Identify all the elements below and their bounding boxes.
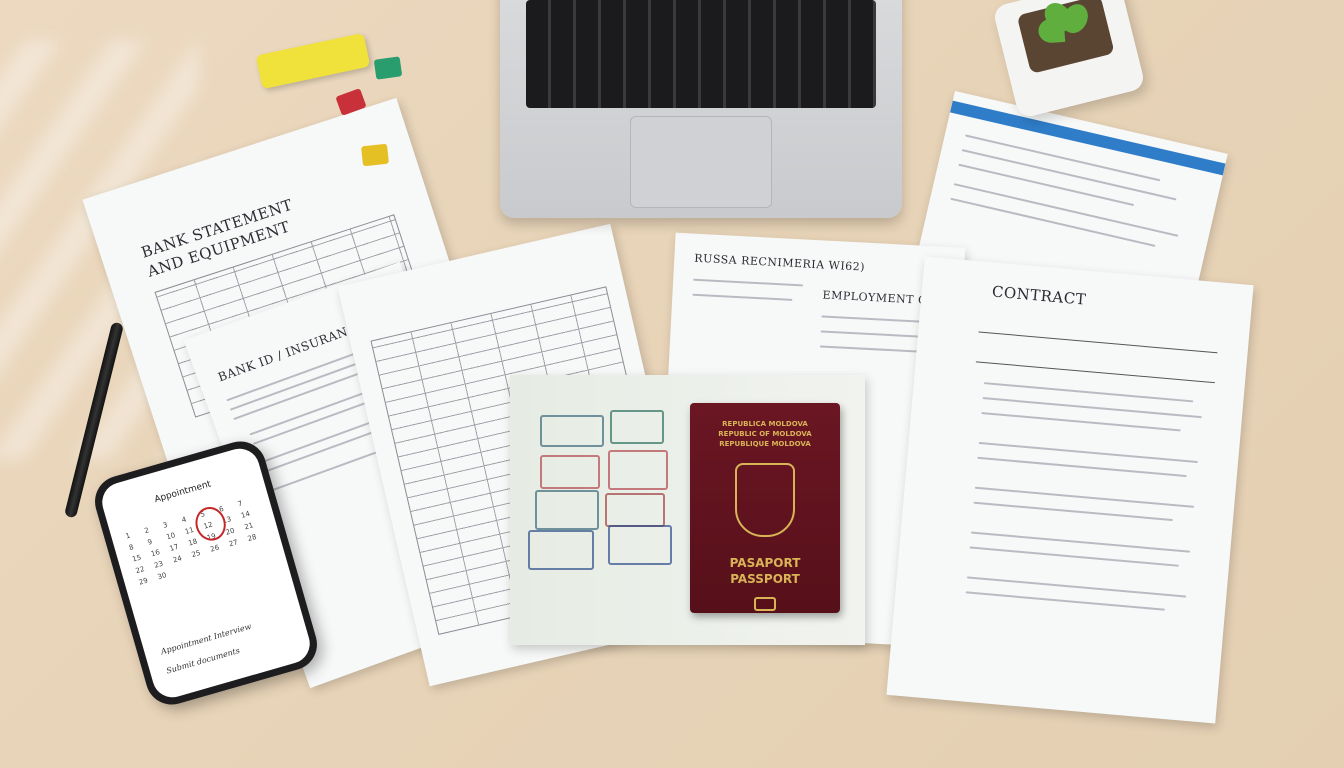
visa-stamp bbox=[528, 530, 594, 570]
trackpad bbox=[630, 116, 772, 208]
passport-header-line-1: REPUBLICA MOLDOVA bbox=[690, 419, 840, 429]
calendar-day[interactable]: 1 bbox=[125, 529, 142, 541]
visa-stamp bbox=[540, 415, 604, 447]
passport-header-line-3: REPUBLIQUE MOLDOVA bbox=[690, 439, 840, 449]
binder-clip bbox=[361, 144, 389, 167]
highlighter bbox=[256, 33, 371, 89]
calendar-day[interactable]: 8 bbox=[128, 540, 145, 552]
contract-document: CONTRACT bbox=[886, 256, 1253, 723]
calendar-day[interactable]: 26 bbox=[209, 542, 226, 554]
contract-title: CONTRACT bbox=[991, 282, 1087, 308]
calendar-day[interactable]: 16 bbox=[150, 546, 167, 558]
russia-form-title: RUSSA RECNIMERIA WI62) bbox=[694, 252, 865, 274]
calendar-day[interactable]: 10 bbox=[165, 529, 182, 541]
calendar-day[interactable]: 24 bbox=[172, 552, 189, 564]
passport-title-1: PASAPORT bbox=[690, 555, 840, 571]
calendar-day[interactable]: 2 bbox=[143, 523, 160, 535]
calendar-day[interactable]: 27 bbox=[228, 536, 245, 548]
visa-stamp bbox=[605, 493, 665, 527]
calendar-day[interactable]: 28 bbox=[247, 531, 264, 543]
visa-stamp bbox=[610, 410, 664, 444]
calendar-day[interactable]: 17 bbox=[169, 541, 186, 553]
calendar-day[interactable]: 23 bbox=[153, 558, 170, 570]
calendar-day[interactable]: 3 bbox=[162, 518, 179, 530]
passport-header-line-2: REPUBLIC OF MOLDOVA bbox=[690, 429, 840, 439]
calendar-day[interactable]: 30 bbox=[157, 569, 174, 581]
passport-title-2: PASSPORT bbox=[690, 571, 840, 587]
calendar-day[interactable]: 25 bbox=[191, 547, 208, 559]
calendar-day[interactable]: 22 bbox=[135, 563, 152, 575]
calendar-day[interactable]: 21 bbox=[243, 520, 260, 532]
visa-stamp bbox=[608, 450, 668, 490]
calendar-day[interactable]: 9 bbox=[147, 535, 164, 547]
calendar-day[interactable]: 7 bbox=[237, 496, 254, 508]
visa-stamp bbox=[540, 455, 600, 489]
calendar-grid: 1234567891011121314151617181920212223242… bbox=[125, 496, 267, 586]
calendar-day[interactable]: 20 bbox=[225, 525, 242, 537]
visa-stamp bbox=[608, 525, 672, 565]
keyboard bbox=[526, 0, 876, 108]
coat-of-arms-icon bbox=[735, 463, 795, 537]
calendar-day[interactable]: 14 bbox=[240, 508, 257, 520]
calendar-day[interactable]: 29 bbox=[138, 575, 155, 587]
laptop bbox=[500, 0, 902, 218]
biometric-chip-icon bbox=[754, 597, 776, 611]
calendar-day[interactable]: 15 bbox=[131, 552, 148, 564]
passport-cover: REPUBLICA MOLDOVA REPUBLIC OF MOLDOVA RE… bbox=[690, 403, 840, 613]
succulent-plant bbox=[992, 0, 1146, 119]
visa-stamp bbox=[535, 490, 599, 530]
binder-clip bbox=[374, 56, 403, 79]
